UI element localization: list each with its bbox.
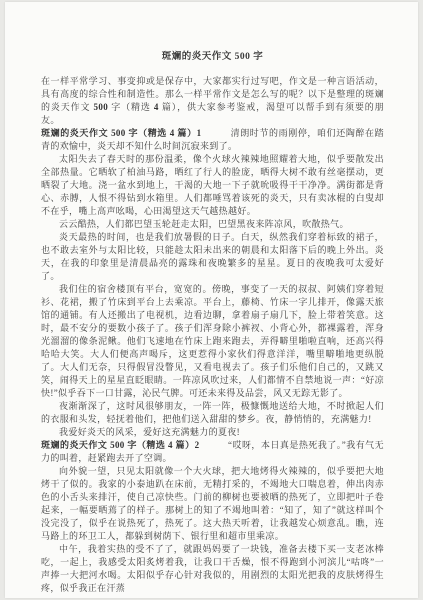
paragraph-text: 我们住的宿舍楼顶有平台，宽宽的。傍晚，事变了一天的叔叔、阿姨们穿着短衫、花裙，搬… bbox=[41, 284, 384, 398]
paragraph: 云云酷热，人们都巴望玉轮赶走太阳，巴望黑夜来阵凉风，吹散热气。 bbox=[41, 218, 384, 231]
paragraph: 向外貌一望，只见太阳就像一个大火球，把大地烤得火辣辣的，似乎要把大地烤干了似的。… bbox=[41, 465, 384, 543]
paragraph: 夜渐渐深了，这时风很够朋友，一阵一阵，极慷慨地送给大地，不时掀起人们的衣服和头发… bbox=[41, 400, 384, 426]
paragraph-text: 我爱好炎天的风采，爱好这充满魅力的夏夜! bbox=[59, 427, 240, 437]
paragraph: 炎天最热的时间，也是我们放暑假的日子。白天，纵然我们穿着标致的裙子，也不敢去室外… bbox=[41, 231, 384, 283]
paragraph-text: 炎天最热的时间，也是我们放暑假的日子。白天，纵然我们穿着标致的裙子，也不敢去室外… bbox=[41, 232, 384, 281]
paragraph-text: 中午，我着实热的受不了了，就跟妈妈要了一块钱，准备去楼下买一支老冰棒吃，一起上，… bbox=[41, 544, 384, 593]
paragraph: 在一样平常学习、事变抑或是保存中，大家都实行过写吧，作文是一种言语活动，具有高度… bbox=[41, 75, 384, 127]
paragraph-text: 夜渐渐深了，这时风很够朋友，一阵一阵，极慷慨地送给大地，不时掀起人们的衣服和头发… bbox=[41, 401, 384, 424]
paragraph-bold-text: 斑斓的炎天作文 500 字（精选 4 篇）2 bbox=[41, 440, 199, 450]
document-title: 斑斓的炎天作文 500 字 bbox=[41, 48, 384, 62]
paragraph-bold-text: 500 bbox=[94, 102, 109, 112]
paragraph-text: 字（精选 bbox=[108, 102, 154, 112]
document-page: 斑斓的炎天作文 500 字 在一样平常学习、事变抑或是保存中，大家都实行过写吧，… bbox=[5, 2, 418, 598]
document-body: 在一样平常学习、事变抑或是保存中，大家都实行过写吧，作文是一种言语活动，具有高度… bbox=[41, 75, 384, 595]
paragraph: 斑斓的炎天作文 500 字（精选 4 篇）2 “哎呀，本日真是热死我了。”我有气… bbox=[41, 439, 384, 465]
paragraph-bold-text: 斑斓的炎天作文 500 字（精选 4 篇）1 bbox=[41, 128, 202, 138]
paragraph: 斑斓的炎天作文 500 字（精选 4 篇）1 清朗时节的雨刚停，咱们还陶醉在踏青… bbox=[41, 127, 384, 153]
paragraph: 我们住的宿舍楼顶有平台，宽宽的。傍晚，事变了一天的叔叔、阿姨们穿着短衫、花裙，搬… bbox=[41, 283, 384, 400]
paragraph-text: 向外貌一望，只见太阳就像一个大火球，把大地烤得火辣辣的，似乎要把大地烤干了似的。… bbox=[41, 466, 384, 541]
paragraph: 太阳失去了春天时的那份温柔，像个火球火辣辣地照耀着大地，似乎要散发出全部热量。它… bbox=[41, 153, 384, 218]
paragraph-text: 云云酷热，人们都巴望玉轮赶走太阳，巴望黑夜来阵凉风，吹散热气。 bbox=[59, 219, 349, 229]
paragraph: 中午，我着实热的受不了了，就跟妈妈要了一块钱，准备去楼下买一支老冰棒吃，一起上，… bbox=[41, 543, 384, 595]
paragraph: 我爱好炎天的风采，爱好这充满魅力的夏夜! bbox=[41, 426, 384, 439]
paragraph-text: 太阳失去了春天时的那份温柔，像个火球火辣辣地照耀着大地，似乎要散发出全部热量。它… bbox=[41, 154, 384, 216]
